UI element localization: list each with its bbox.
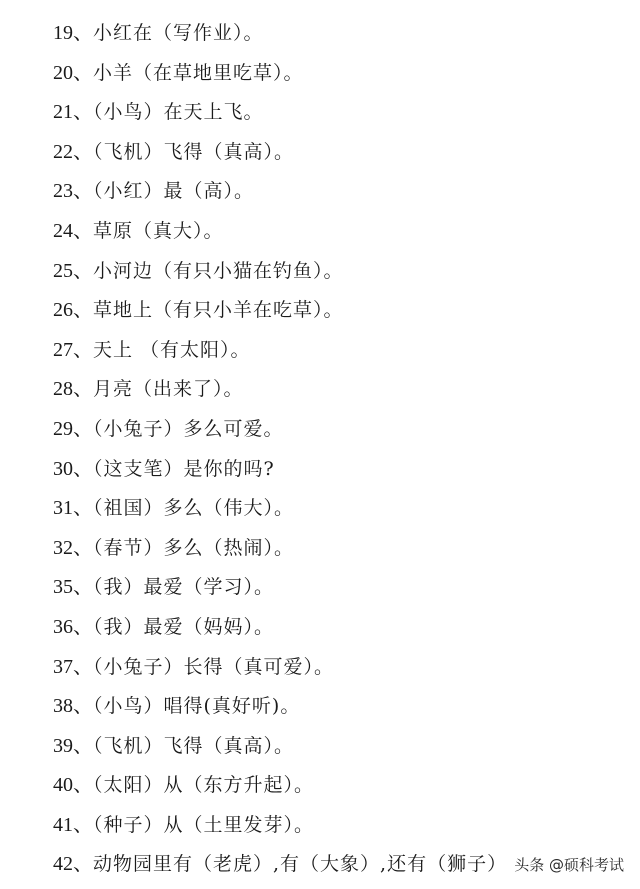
- exercise-line-22: 22、（飞机）飞得（真高）。: [53, 133, 633, 173]
- exercise-line-35: 35、（我）最爱（学习）。: [53, 568, 633, 608]
- exercise-line-21: 21、（小鸟）在天上飞。: [53, 93, 633, 133]
- exercise-line-28: 28、月亮（出来了）。: [53, 370, 633, 410]
- exercise-line-32: 32、（春节）多么（热闹）。: [53, 529, 633, 569]
- line-text: （种子）从（土里发芽）。: [93, 814, 314, 836]
- line-text: （小兔子）长得（真可爱）。: [93, 656, 334, 678]
- line-text: 天上 （有太阳）。: [93, 339, 251, 361]
- line-number: 30、: [53, 458, 93, 480]
- exercise-line-19: 19、小红在（写作业）。: [53, 14, 633, 54]
- exercise-line-38: 38、（小鸟）唱得(真好听)。: [53, 687, 633, 727]
- exercise-line-31: 31、（祖国）多么（伟大）。: [53, 489, 633, 529]
- exercise-line-40: 40、（太阳）从（东方升起）。: [53, 766, 633, 806]
- line-number: 40、: [53, 774, 93, 796]
- line-number: 20、: [53, 62, 93, 84]
- line-text: （飞机）飞得（真高）。: [93, 735, 294, 757]
- line-number: 25、: [53, 260, 93, 282]
- line-text: （这支笔）是你的吗?: [93, 458, 275, 480]
- line-number: 19、: [53, 22, 93, 44]
- line-text: （小红）最（高）。: [93, 180, 254, 202]
- exercise-line-26: 26、草地上（有只小羊在吃草）。: [53, 291, 633, 331]
- line-text: （我）最爱（妈妈）。: [93, 616, 274, 638]
- line-text: （飞机）飞得（真高）。: [93, 141, 294, 163]
- line-number: 32、: [53, 537, 93, 559]
- line-text: （小鸟）在天上飞。: [93, 101, 264, 123]
- line-text: 月亮（出来了）。: [93, 378, 244, 400]
- exercise-line-29: 29、（小兔子）多么可爱。: [53, 410, 633, 450]
- exercise-line-30: 30、（这支笔）是你的吗?: [53, 450, 633, 490]
- line-number: 29、: [53, 418, 93, 440]
- line-text: 草原（真大）。: [93, 220, 224, 242]
- line-text: （小鸟）唱得(真好听)。: [93, 695, 300, 717]
- line-number: 37、: [53, 656, 93, 678]
- exercise-line-27: 27、天上 （有太阳）。: [53, 331, 633, 371]
- line-text: （太阳）从（东方升起）。: [93, 774, 314, 796]
- line-number: 21、: [53, 101, 93, 123]
- line-text: （小兔子）多么可爱。: [93, 418, 284, 440]
- exercise-line-20: 20、小羊（在草地里吃草）。: [53, 54, 633, 94]
- line-text: 小红在（写作业）。: [93, 22, 264, 44]
- line-text: 小羊（在草地里吃草）。: [93, 62, 304, 84]
- line-text: （祖国）多么（伟大）。: [93, 497, 294, 519]
- exercise-line-24: 24、草原（真大）。: [53, 212, 633, 252]
- line-text: （我）最爱（学习）。: [93, 576, 274, 598]
- line-text: （春节）多么（热闹）。: [93, 537, 294, 559]
- line-text: 草地上（有只小羊在吃草）。: [93, 299, 344, 321]
- line-number: 38、: [53, 695, 93, 717]
- line-number: 27、: [53, 339, 93, 361]
- line-number: 28、: [53, 378, 93, 400]
- line-text: 小河边（有只小猫在钓鱼）。: [93, 260, 344, 282]
- line-number: 42、: [53, 853, 93, 875]
- line-number: 24、: [53, 220, 93, 242]
- line-number: 35、: [53, 576, 93, 598]
- exercise-list: 19、小红在（写作业）。 20、小羊（在草地里吃草）。 21、（小鸟）在天上飞。…: [53, 14, 633, 885]
- exercise-line-36: 36、（我）最爱（妈妈）。: [53, 608, 633, 648]
- exercise-line-25: 25、小河边（有只小猫在钓鱼）。: [53, 252, 633, 292]
- line-number: 26、: [53, 299, 93, 321]
- line-number: 22、: [53, 141, 93, 163]
- line-number: 31、: [53, 497, 93, 519]
- exercise-line-41: 41、（种子）从（土里发芽）。: [53, 806, 633, 846]
- line-number: 23、: [53, 180, 93, 202]
- exercise-line-37: 37、（小兔子）长得（真可爱）。: [53, 648, 633, 688]
- line-number: 39、: [53, 735, 93, 757]
- line-text: 动物园里有（老虎）,有（大象）,还有（狮子）: [93, 853, 507, 875]
- exercise-line-39: 39、（飞机）飞得（真高）。: [53, 727, 633, 767]
- source-watermark: 头条 @硕科考试: [512, 854, 626, 875]
- line-number: 41、: [53, 814, 93, 836]
- line-number: 36、: [53, 616, 93, 638]
- exercise-line-23: 23、（小红）最（高）。: [53, 172, 633, 212]
